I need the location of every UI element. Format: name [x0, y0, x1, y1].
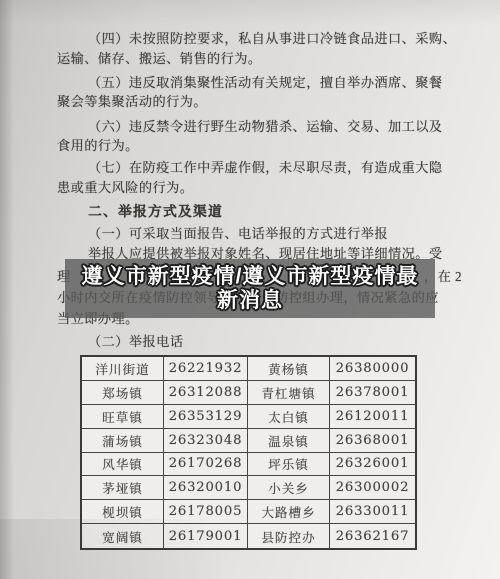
table-row: 枧坝镇26178005大路槽乡26330011: [82, 500, 415, 524]
table-row: 蒲场镇26323048温泉镇26368001: [82, 429, 415, 453]
text-line: （一）可采取当面报告、电话举报的方式进行举报: [88, 226, 388, 242]
scan-page: （四）未按照防控要求，私自从事进口冷链食品进口、采购、运输、储存、搬运、销售的行…: [0, 0, 500, 579]
town-name-cell: 小关乡: [248, 476, 330, 499]
phone-number-cell: 26221932: [164, 357, 248, 380]
phone-number-cell: 26330011: [330, 500, 415, 523]
phone-number-cell: 26368001: [330, 429, 415, 452]
table-row: 洋川街道26221932黄杨镇26380000: [82, 357, 415, 381]
town-name-cell: 温泉镇: [248, 429, 330, 452]
news-title-overlay: 遵义市新型疫情/遵义市新型疫情最 新消息: [65, 259, 435, 318]
phone-number-cell: 26378001: [330, 381, 415, 404]
town-name-cell: 大路槽乡: [248, 500, 330, 523]
town-name-cell: 郑场镇: [82, 381, 164, 404]
town-name-cell: 太白镇: [248, 405, 330, 428]
town-name-cell: 坪乐镇: [248, 453, 330, 476]
phone-number-cell: 26362167: [330, 524, 415, 548]
text-line: （四）未按照防控要求，私自从事进口冷链食品进口、采购、: [88, 31, 456, 47]
town-name-cell: 风华镇: [82, 453, 164, 476]
town-name-cell: 宽阔镇: [82, 524, 164, 548]
phone-number-cell: 26326001: [330, 453, 415, 476]
town-name-cell: 青杠塘镇: [248, 381, 330, 404]
text-line: （二）举报电话: [88, 334, 183, 350]
phone-number-cell: 26320010: [164, 476, 248, 499]
table-row: 宽阔镇26179001县防控办26362167: [82, 524, 415, 548]
town-name-cell: 洋川街道: [82, 357, 164, 380]
text-line: （七）在防疫工作中弄虚作假，未尽职尽责，有造成重大隐: [88, 160, 443, 176]
phone-number-cell: 26312088: [164, 381, 248, 404]
town-name-cell: 枧坝镇: [82, 500, 164, 523]
phone-number-cell: 26353129: [164, 405, 248, 428]
phone-number-cell: 26120011: [330, 405, 415, 428]
town-name-cell: 茅垭镇: [82, 476, 164, 499]
section-heading: 二、举报方式及渠道: [88, 204, 223, 220]
table-row: 郑场镇26312088青杠塘镇26378001: [82, 381, 415, 405]
text-line: （五）违反取消集聚性活动有关规定，擅自举办酒席、聚餐: [88, 75, 443, 91]
town-name-cell: 旺草镇: [82, 405, 164, 428]
report-phone-table: 洋川街道26221932黄杨镇26380000郑场镇26312088青杠塘镇26…: [80, 355, 417, 550]
table-row: 风华镇26170268坪乐镇26326001: [82, 453, 415, 477]
table-row: 旺草镇26353129太白镇26120011: [82, 405, 415, 429]
text-line: 患或重大风险的行为。: [57, 180, 193, 196]
phone-number-cell: 26179001: [164, 524, 248, 548]
table-row: 茅垭镇26320010小关乡26300002: [82, 476, 415, 500]
phone-number-cell: 26380000: [330, 357, 415, 380]
town-name-cell: 蒲场镇: [82, 429, 164, 452]
text-line: （六）违反禁令进行野生动物猎杀、运输、交易、加工以及: [88, 119, 443, 135]
news-title-line-2: 新消息: [217, 289, 283, 313]
text-line: 食用的行为。: [57, 138, 139, 154]
phone-number-cell: 26300002: [330, 476, 415, 499]
text-line: 运输、储存、搬运、销售的行为。: [57, 51, 262, 67]
town-name-cell: 县防控办: [248, 524, 330, 548]
news-title-line-1: 遵义市新型疫情/遵义市新型疫情最: [82, 265, 419, 289]
town-name-cell: 黄杨镇: [248, 357, 330, 380]
phone-number-cell: 26323048: [164, 429, 248, 452]
phone-number-cell: 26178005: [164, 500, 248, 523]
phone-number-cell: 26170268: [164, 453, 248, 476]
text-line: 聚会等集聚活动的行为。: [57, 94, 207, 110]
